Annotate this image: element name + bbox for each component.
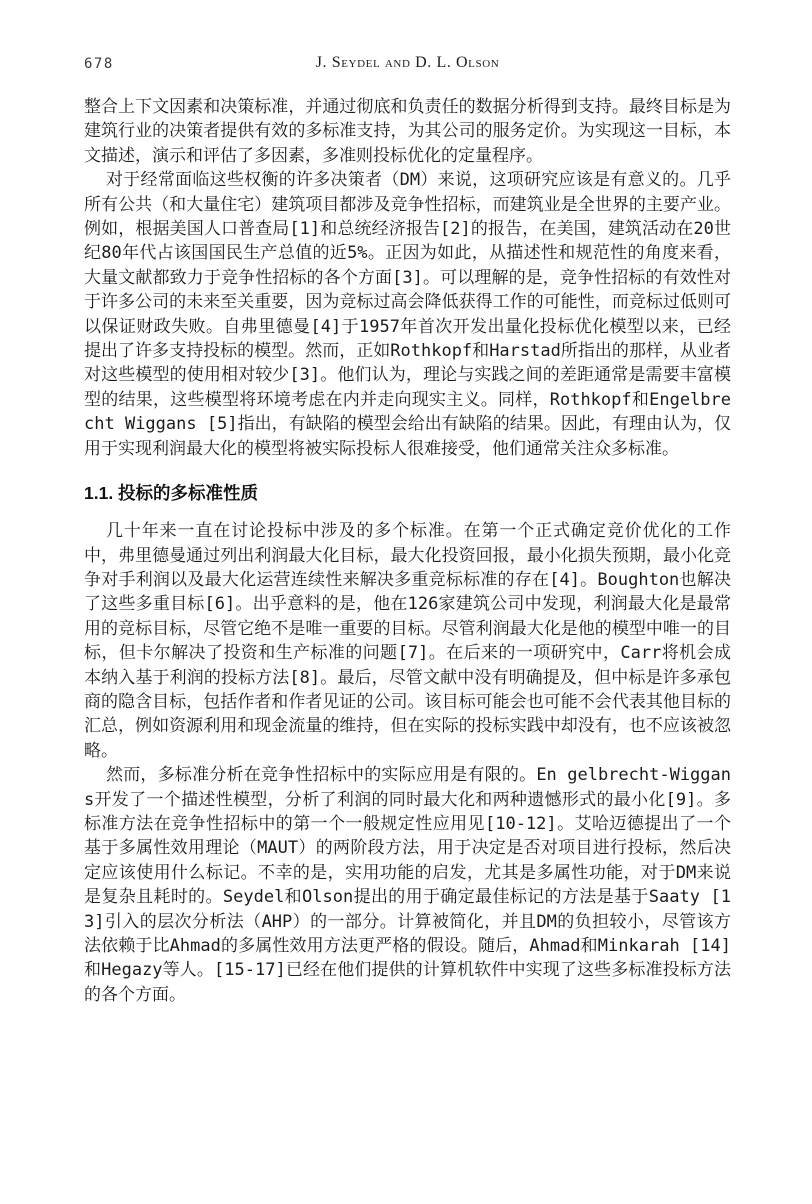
section-heading-1-1: 1.1. 投标的多标准性质 — [84, 481, 731, 505]
running-head-authors: J. Seydel and D. L. Olson — [84, 54, 731, 72]
paragraph-multicriteria-applications: 然而，多标准分析在竞争性招标中的实际应用是有限的。En gelbrecht-Wi… — [84, 763, 731, 1007]
paragraph-motivation: 对于经常面临这些权衡的许多决策者（DM）来说，这项研究应该是有意义的。几乎所有公… — [84, 168, 731, 461]
paragraph-multicriteria-history: 几十年来一直在讨论投标中涉及的多个标准。在第一个正式确定竞价优化的工作中，弗里德… — [84, 519, 731, 763]
paragraph-intro-continuation: 整合上下文因素和决策标准，并通过彻底和负责任的数据分析得到支持。最终目标是为建筑… — [84, 95, 731, 168]
paper-page: 678 J. Seydel and D. L. Olson 整合上下文因素和决策… — [0, 0, 812, 1204]
page-body: 整合上下文因素和决策标准，并通过彻底和负责任的数据分析得到支持。最终目标是为建筑… — [84, 95, 731, 1007]
page-header: 678 J. Seydel and D. L. Olson — [84, 54, 731, 74]
